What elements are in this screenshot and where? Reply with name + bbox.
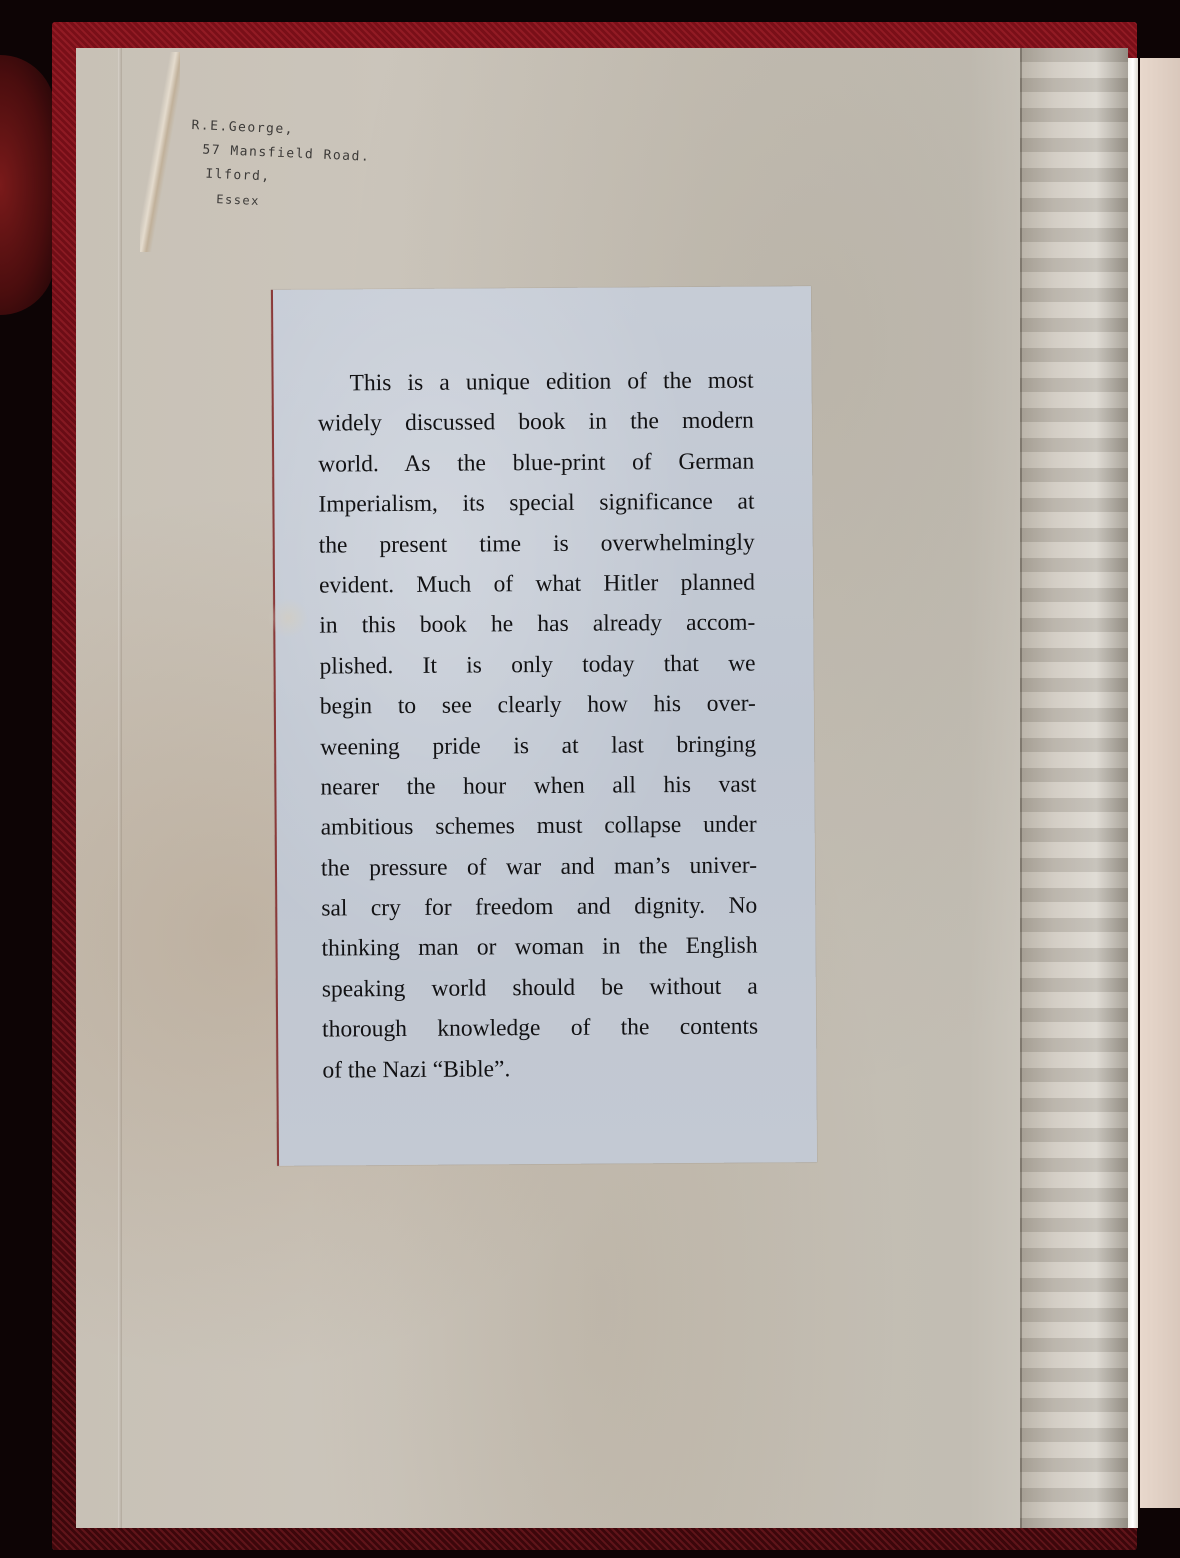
label-line: This is a unique edition of the most bbox=[317, 361, 753, 404]
label-line: nearer the hour when all his vast bbox=[320, 764, 756, 807]
label-line: world. As the blue-print of German bbox=[318, 441, 754, 484]
facing-page-edge bbox=[1140, 58, 1180, 1508]
finger-holding-book bbox=[0, 55, 55, 315]
label-line: thorough knowledge of the contents bbox=[322, 1007, 758, 1050]
label-line: weening pride is at last bringing bbox=[320, 724, 756, 767]
label-line: in this book he has already accom- bbox=[319, 603, 755, 646]
label-line: widely discussed book in the modern bbox=[318, 401, 754, 444]
owner-inscription: R.E.George, 57 Mansfield Road. Ilford, E… bbox=[188, 114, 372, 218]
label-tear-mark bbox=[268, 598, 308, 638]
label-line: plished. It is only today that we bbox=[319, 643, 755, 686]
label-line: Imperialism, its special significance at bbox=[318, 482, 754, 525]
label-line: the pressure of war and man’s univer- bbox=[321, 845, 757, 888]
page-edge bbox=[1128, 58, 1138, 1528]
spine-gutter bbox=[1020, 48, 1128, 1528]
endpaper-tear bbox=[140, 52, 180, 252]
label-line: sal cry for freedom and dignity. No bbox=[321, 886, 757, 929]
label-line: thinking man or woman in the English bbox=[321, 926, 757, 969]
photo-scene: R.E.George, 57 Mansfield Road. Ilford, E… bbox=[0, 0, 1180, 1558]
label-line: evident. Much of what Hitler planned bbox=[319, 562, 755, 605]
label-line: ambitious schemes must collapse under bbox=[321, 805, 757, 848]
publisher-label: This is a unique edition of the most wid… bbox=[271, 286, 817, 1166]
label-text: This is a unique edition of the most wid… bbox=[317, 361, 758, 1091]
label-line: the present time is overwhelmingly bbox=[319, 522, 755, 565]
label-line: speaking world should be without a bbox=[322, 966, 758, 1009]
label-line: begin to see clearly how his over- bbox=[320, 684, 756, 727]
hinge-crease bbox=[118, 48, 122, 1528]
label-line: of the Nazi “Bible”. bbox=[322, 1047, 758, 1090]
